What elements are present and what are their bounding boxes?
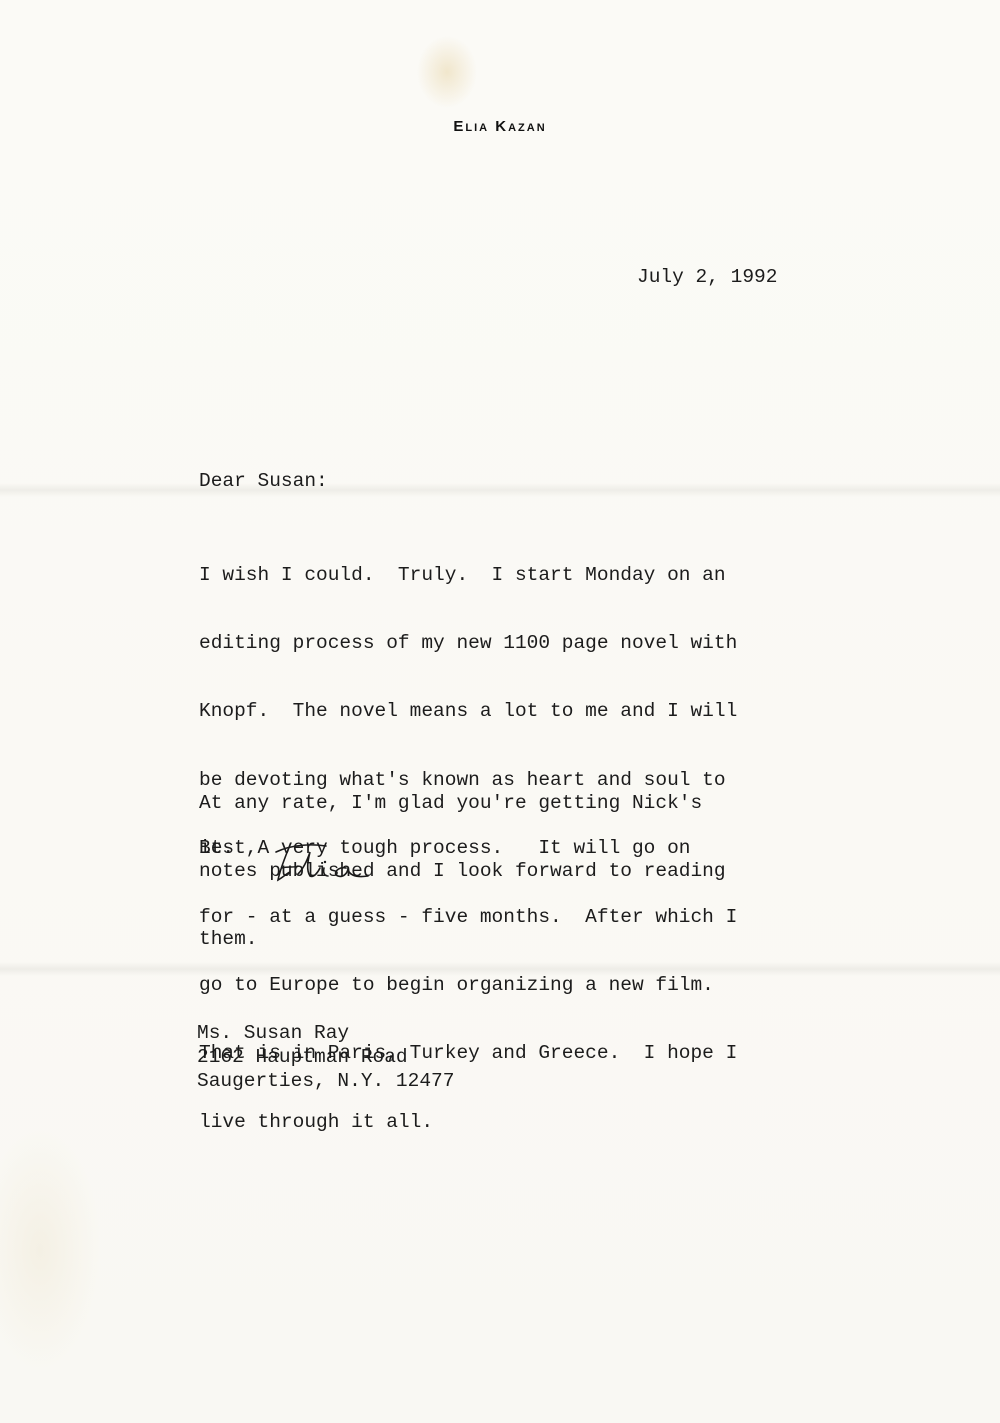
address-line: Ms. Susan Ray (197, 1021, 454, 1045)
text-line: them. (199, 928, 726, 951)
address-line: Saugerties, N.Y. 12477 (197, 1069, 454, 1093)
handwritten-signature-icon (268, 838, 383, 890)
letter-date: July 2, 1992 (637, 266, 777, 288)
paper-fold-line (0, 483, 1000, 497)
text-line: At any rate, I'm glad you're getting Nic… (199, 792, 726, 815)
letter-paper: Elia Kazan July 2, 1992 Dear Susan: I wi… (0, 0, 1000, 1423)
text-line: I wish I could. Truly. I start Monday on… (199, 564, 737, 587)
closing: Best, (199, 837, 258, 859)
recipient-address: Ms. Susan Ray 2162 Hauptman Road Saugert… (197, 1021, 454, 1093)
letterhead: Elia Kazan (0, 118, 1000, 135)
text-line: live through it all. (199, 1111, 737, 1134)
text-line: editing process of my new 1100 page nove… (199, 632, 737, 655)
salutation: Dear Susan: (199, 470, 328, 492)
address-line: 2162 Hauptman Road (197, 1045, 454, 1069)
text-line: Knopf. The novel means a lot to me and I… (199, 700, 737, 723)
